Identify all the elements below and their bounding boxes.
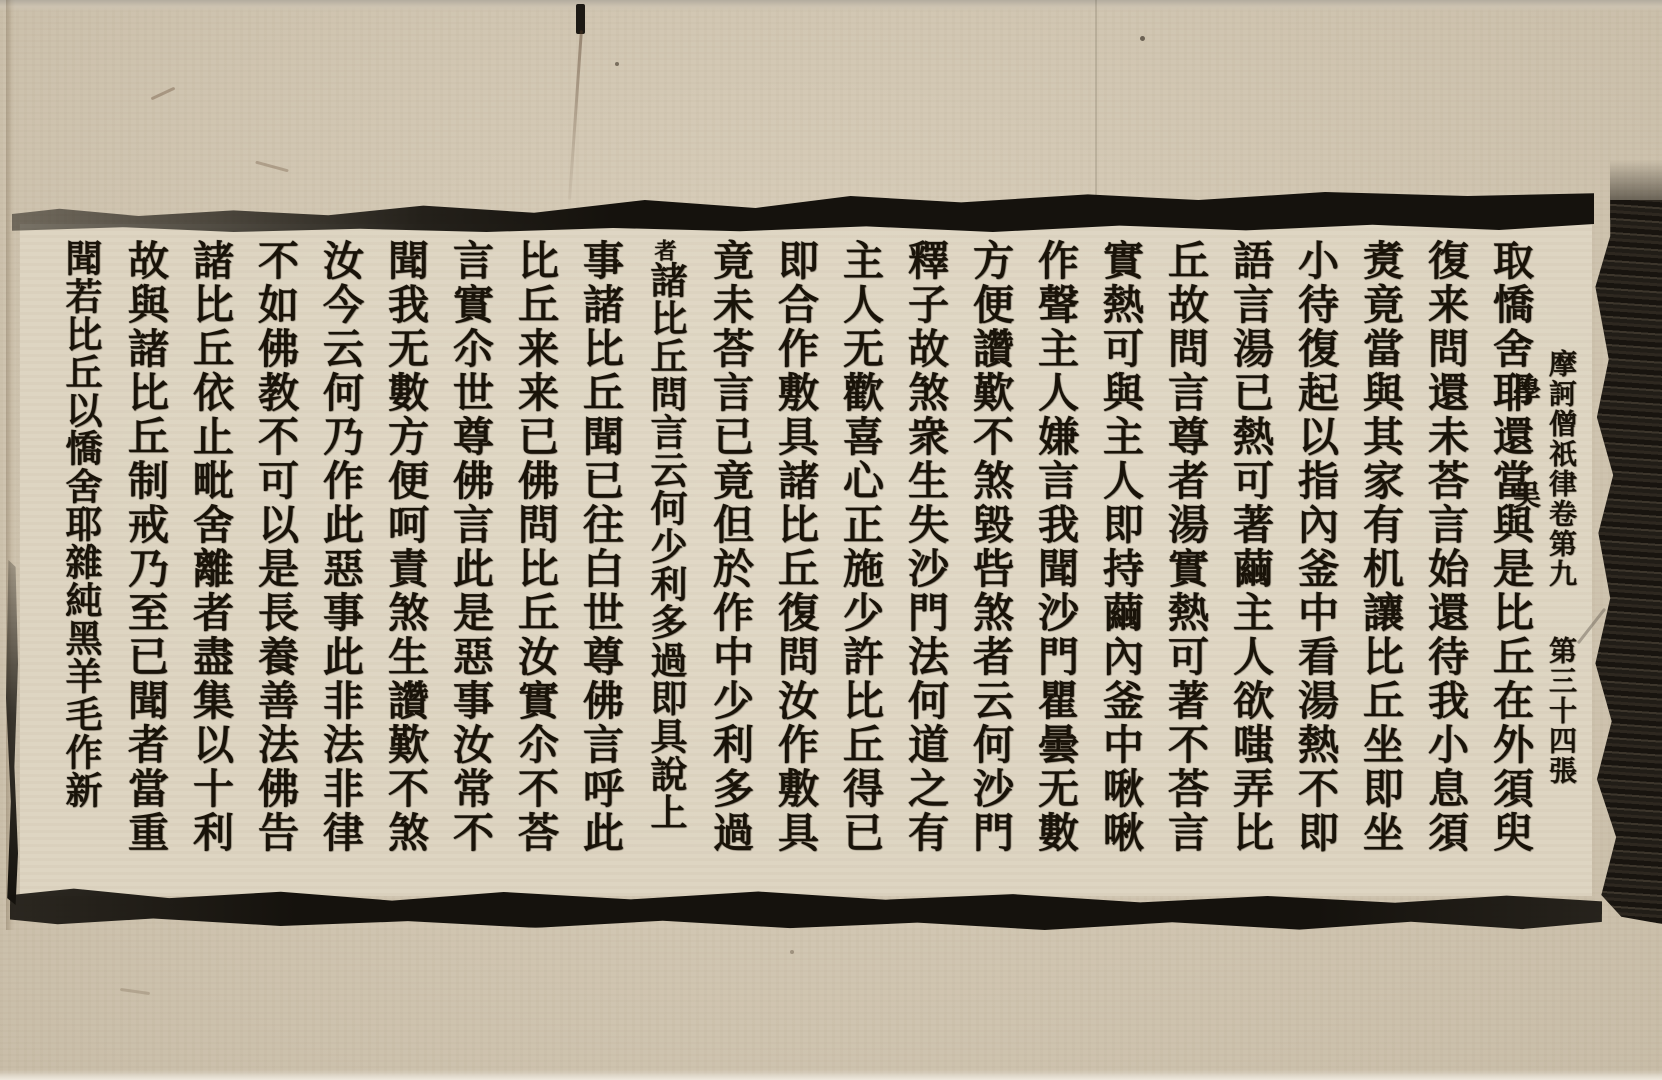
- text-column-12: 即合作敷具諸比丘復問汝作敷具: [762, 239, 827, 875]
- paper-speck: [120, 988, 150, 995]
- text-column-2: 復来問還未荅言始還待我小息須: [1412, 239, 1477, 875]
- text-column-1: 取憍舍耶還當與是比丘在外須臾: [1477, 239, 1542, 875]
- text-column-14-body: 諸比丘問言云何少利多過即具說上: [644, 261, 685, 831]
- scroll-title: 摩訶僧祇律卷第九: [1545, 349, 1576, 589]
- text-column-8: 作聲主人嫌言我聞沙門瞿曇无數: [1022, 239, 1087, 875]
- text-column-22: 故與諸比丘制戒乃至已聞者當重: [112, 239, 177, 875]
- paper-speck: [151, 87, 176, 101]
- sutra-text-block: 摩訶僧祇律卷第九 第三十四張 學 吴 取憍舍耶還當與是比丘在外須臾 復来問還未荅…: [47, 239, 1578, 875]
- text-column-5: 語言湯已熱可著繭主人欲嗤弄比: [1217, 239, 1282, 875]
- paper-speck: [790, 950, 794, 954]
- text-column-21: 諸比丘依止毗舍離者盡集以十利: [177, 239, 242, 875]
- text-column-18: 聞我无數方便呵責煞生讚歎不煞: [372, 239, 437, 875]
- inserted-correction-char: 者: [652, 239, 677, 261]
- text-column-7: 實熱可與主人即持繭內釜中啾啾: [1087, 239, 1152, 875]
- scan-edge-bottom: [0, 1070, 1662, 1080]
- text-column-11: 主人无歡喜心正施少許比丘得已: [827, 239, 892, 875]
- paper-speck: [1140, 36, 1145, 41]
- text-column-14: 者諸比丘問言云何少利多過即具說上: [632, 239, 697, 875]
- manuscript-scan: { "document": { "margin_column": { "titl…: [0, 0, 1662, 1080]
- text-column-4: 小待復起以指內釜中看湯熱不即: [1282, 239, 1347, 875]
- text-column-13: 竟未荅言已竟但於作中少利多過: [697, 239, 762, 875]
- paper-scratch: [1095, 0, 1097, 212]
- text-column-10: 釋子故煞衆生失沙門法何道之有: [892, 239, 957, 875]
- text-column-19: 汝今云何乃作此惡事此非法非律: [307, 239, 372, 875]
- scan-edge-top: [0, 0, 1662, 12]
- text-column-3: 煑竟當與其家有机讓比丘坐即坐: [1347, 239, 1412, 875]
- text-column-20: 不如佛教不可以是長養善法佛告: [242, 239, 307, 875]
- margin-title-column: 摩訶僧祇律卷第九 第三十四張 學 吴: [1542, 239, 1578, 875]
- text-column-9: 方便讚歎不煞毀呰煞者云何沙門: [957, 239, 1022, 875]
- paper-speck: [615, 62, 619, 66]
- paper-fiber: [568, 30, 583, 200]
- text-column-16: 比丘来来已佛問比丘汝實尒不荅: [502, 239, 567, 875]
- text-column-6: 丘故問言尊者湯實熱可著不荅言: [1152, 239, 1217, 875]
- paper-speck: [255, 161, 289, 173]
- text-column-17: 言實尒世尊佛言此是惡事汝常不: [437, 239, 502, 875]
- sheet-number: 第三十四張: [1545, 636, 1576, 786]
- scroll-edge-band: [1588, 200, 1662, 924]
- text-column-15: 事諸比丘聞已往白世尊佛言呼此: [567, 239, 632, 875]
- text-column-23: 聞若比丘以憍舍耶雜純黑羊毛作新: [47, 239, 112, 875]
